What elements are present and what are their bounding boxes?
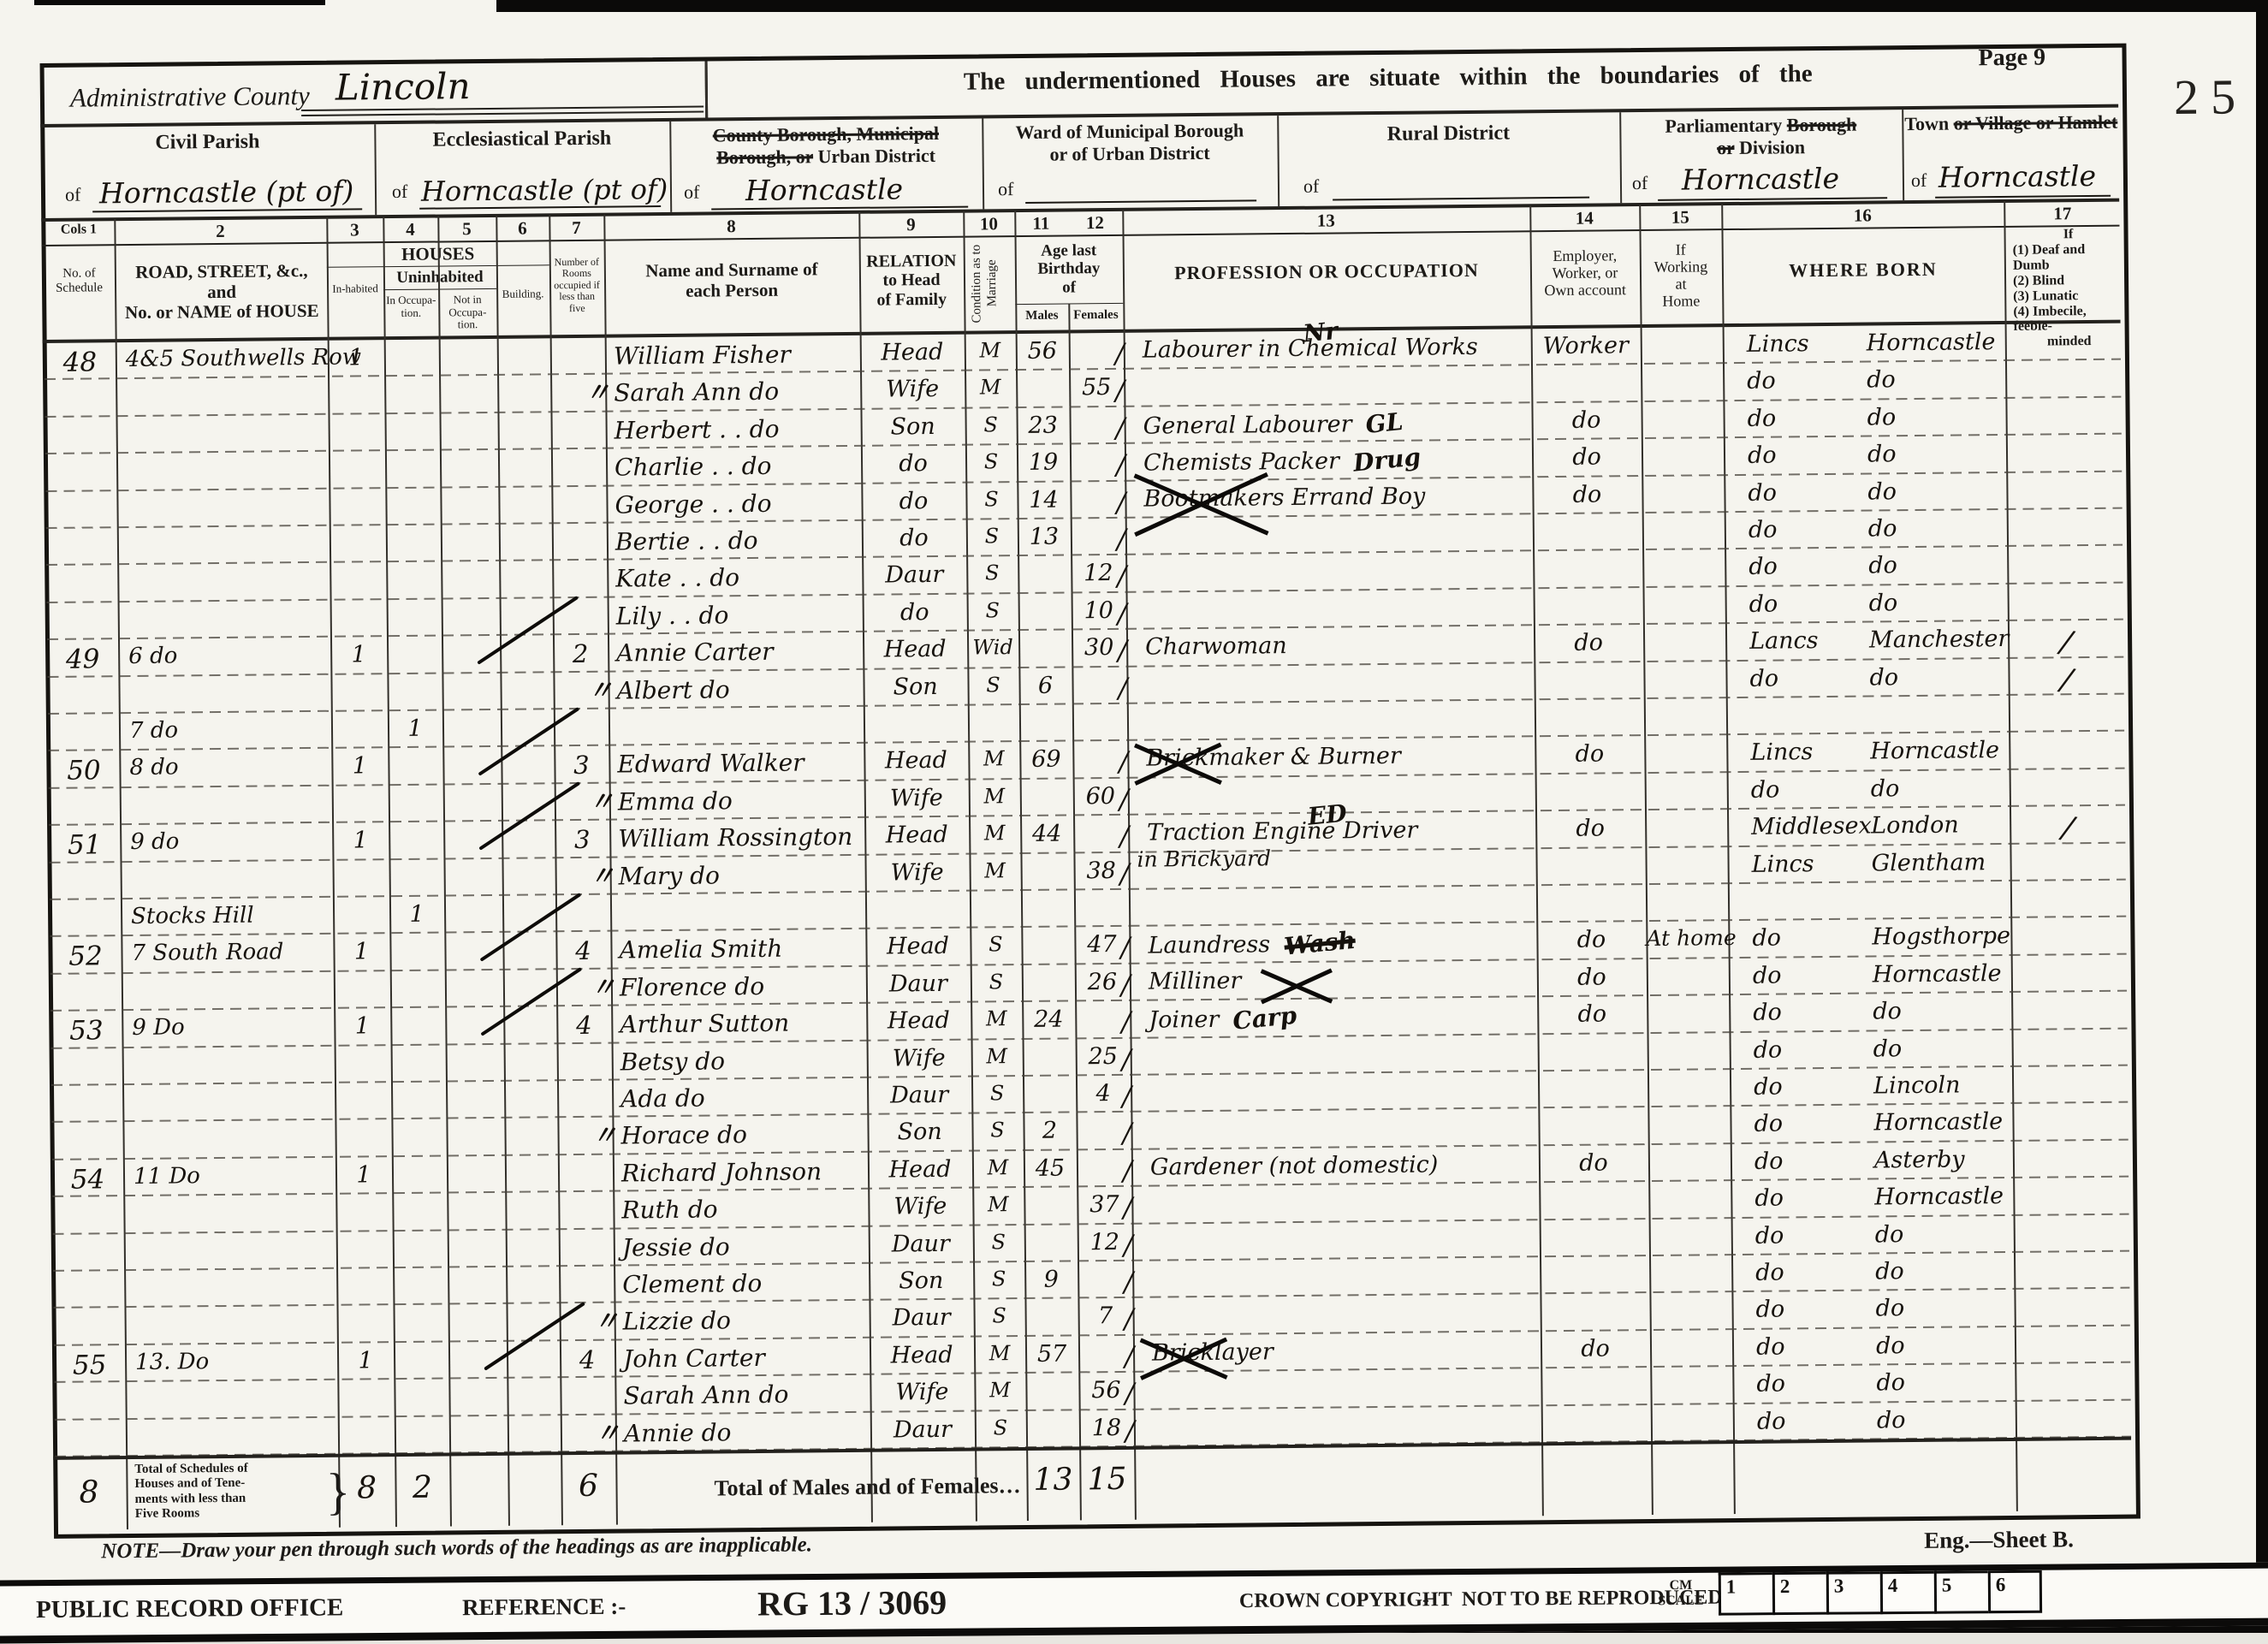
eccl-parish-value-line: Horncastle (pt of) [419,147,662,210]
cell-name: Albert do [608,674,871,704]
check-mark: / [1118,597,1127,630]
cell-road: 11 Do [123,1161,346,1189]
cell-cond: S [965,487,1017,512]
scale-cell-2: 2 [1772,1572,1826,1615]
born-county: do [1754,1036,1783,1063]
rural-district-label: Rural District [1277,121,1619,147]
col16-header: WHERE BORN [1722,258,2004,282]
cell-m: 23 [1017,412,1070,439]
scale-cell-6: 6 [1988,1570,2042,1613]
pencil-annotation: Wash [1283,926,1357,961]
cell-occ: /Chemists PackerDrug [1125,444,1551,477]
check-mark: / [1115,337,1125,370]
born-place: do [1875,1296,1904,1322]
col-number: 6 [496,217,549,240]
age-header: Age lastBirthdayof [1015,241,1124,297]
cell-rel: Daur [869,1230,973,1257]
cell-m: 44 [1020,821,1073,848]
cell-m: 2 [1023,1118,1076,1145]
born-place: Horncastle [1874,1183,2004,1210]
born-county: do [1748,479,1777,506]
town-value-line: Horncastle [1935,142,2111,199]
cross-out-mark [1128,481,1274,524]
born-county: Lancs [1749,627,1819,655]
born-place: do [1868,515,1897,542]
check-mark: / [1119,820,1129,852]
ditto-mark: 〃 [587,668,613,706]
cell-emp: do [1532,443,1642,471]
cell-name: Emma do [609,785,873,816]
born-place: do [1868,553,1897,579]
cross-out-mark [1131,741,1225,783]
sheet-label: Eng.—Sheet B. [1924,1526,2074,1554]
check-mark: / [1121,1006,1131,1038]
district-town: Town or Village or Hamlet of Horncastle [1902,108,2121,200]
cell-rel: Head [868,1155,972,1183]
col-number: 14 [1529,207,1639,229]
born-county: Lincs [1751,851,1814,878]
born-place: do [1871,775,1900,802]
check-mark: / [1115,412,1125,444]
cell-rel: Son [863,673,967,700]
born-place: do [1873,1036,1903,1062]
cell-emp: do [1536,926,1646,953]
col10-header: Condition as to Marriage [969,240,1012,326]
cell-inh: 1 [337,1347,394,1374]
cell-cond: S [965,449,1017,474]
cell-rel: Head [864,822,969,849]
cell-rel: Wife [867,1044,971,1071]
born-county: do [1755,1297,1784,1323]
check-mark: / [1123,1191,1132,1224]
admin-county-value: Lincoln [335,65,471,109]
cell-m: 14 [1017,486,1070,513]
cell-sched: 55 [54,1350,125,1381]
total-rooms: 6 [561,1469,615,1505]
cell-rooms: 4 [560,1344,614,1374]
col-number: 5 [437,218,496,240]
cell-inh: 1 [330,641,387,668]
cell-cond: S [970,932,1021,957]
civil-parish-value: Horncastle (pt of) [99,174,354,210]
town-label: Town or Village or Hamlet [1902,111,2120,135]
cell-inh: 1 [335,1161,392,1189]
cell-rel: do [863,598,967,626]
cell-occ: /Traction Engine DriverEDin Brickyard [1128,816,1554,846]
born-county: do [1747,405,1776,431]
cell-m: 6 [1018,672,1072,699]
footer-scale-label: CMSCALE [1648,1578,1713,1610]
cell-o4: 1 [388,715,442,743]
born-county: do [1749,665,1778,691]
ditto-mark: 〃 [593,1300,619,1338]
scan-edge-right [2256,0,2268,1633]
cell-cond: M [971,1044,1023,1069]
cell-name: George . . do [606,488,870,519]
total-inhabited: 8 [338,1470,395,1506]
cell-road: Stocks Hill [121,902,343,929]
footer-office: PUBLIC RECORD OFFICE [36,1594,344,1624]
born-place: Horncastle [1873,1108,2003,1136]
of-label: of [1632,172,1648,194]
cell-name: Annie Carter [608,637,871,668]
of-label: of [684,181,700,204]
scan-edge-top-left [34,0,325,5]
ward-label-1: Ward of Municipal Borough [982,119,1277,144]
cell-cond: M [965,338,1016,363]
cell-m: 45 [1024,1154,1077,1182]
ditto-mark: 〃 [589,780,614,817]
cell-occ: /General LabourerGL [1124,407,1550,440]
check-mark: / [1125,1414,1135,1446]
born-place: do [1867,441,1897,467]
cell-rel: Son [861,412,965,440]
born-county: Middlesex [1751,813,1872,840]
cell-infirm: / [2010,810,2127,846]
born-place: do [1867,478,1897,505]
col1-header: No. ofSchedule [44,266,115,295]
cell-cond: S [971,1081,1023,1106]
district-parliamentary: Parliamentary Borough or Division of Hor… [1619,110,1903,203]
check-mark: / [1124,1303,1133,1335]
born-place: Hogsthorpe [1872,923,2010,951]
born-county: do [1748,442,1777,469]
cell-sched: 52 [50,941,121,973]
pencil-annotation: ED [1307,799,1349,831]
born-county: do [1756,1333,1785,1360]
cell-rooms: 4 [555,936,610,966]
cell-name: Amelia Smith [610,934,874,964]
check-mark: / [1116,485,1125,518]
born-place: Asterby [1874,1146,1965,1173]
born-place: do [1873,998,1902,1024]
born-place: do [1867,367,1896,394]
cell-road: 9 Do [122,1013,344,1041]
born-place: Glentham [1871,849,1986,876]
admin-county-cell: Administrative County Lincoln [45,62,709,124]
cell-home: At home [1646,925,1728,951]
females-header: Females [1068,308,1123,323]
scan-edge-top [496,0,2268,12]
cell-m: 24 [1022,1006,1075,1034]
cell-cond: M [974,1341,1025,1366]
cell-name: Richard Johnson [613,1156,876,1187]
born-county: do [1754,1185,1784,1212]
eccl-parish-value: Horncastle (pt of) [421,173,668,208]
check-mark: / [1115,374,1125,407]
pencil-annotation: Carp [1232,1001,1298,1036]
col4-header: In Occupa-tion. [385,294,436,320]
cell-rel: Daur [862,561,966,589]
cell-cond: S [973,1230,1024,1255]
born-place: do [1867,404,1896,430]
cell-cond: S [973,1267,1024,1291]
check-mark: / [1118,634,1127,667]
cell-name: Betsy do [612,1045,876,1076]
born-place: do [1876,1332,1905,1359]
cell-cond: S [971,1118,1023,1142]
cell-name: Ada do [612,1083,876,1113]
district-rural: Rural District of [1277,112,1620,206]
cell-occ: /LaundressWash [1129,927,1555,959]
cell-cond: M [974,1378,1025,1403]
cell-rel: Head [865,933,970,960]
infirmity-mark: / [2058,625,2075,661]
cell-occ: /Charwoman [1126,630,1553,661]
col15-header: IfWorkingatHome [1640,240,1723,311]
col-number: 12 [1067,212,1122,234]
cell-rooms: 3 [554,751,609,780]
cell-name: John Carter [614,1342,878,1373]
cell-emp: do [1537,1000,1647,1028]
born-county: do [1755,1222,1784,1249]
of-label: of [1303,175,1320,198]
scanned-page: Administrative County Lincoln The underm… [0,0,2268,1633]
cell-name: Florence do [611,970,875,1001]
check-mark: / [1117,560,1126,592]
total-males: 13 [1026,1462,1079,1498]
col-number: 8 [603,215,858,239]
col-number: 3 [326,219,383,241]
cell-cond: S [966,561,1018,585]
admin-county-label: Administrative County [70,80,310,114]
cell-m: 13 [1018,523,1071,550]
cell-m: 57 [1025,1340,1078,1368]
born-county: do [1749,591,1778,617]
cell-cond: M [969,784,1020,809]
pencil-annotation: GL [1364,407,1404,439]
cell-sched: 48 [45,347,116,378]
check-mark: / [1122,1080,1131,1113]
cell-road: 13. Do [125,1347,347,1374]
cell-emp: do [1541,1335,1650,1362]
cell-sched: 50 [48,756,119,787]
rural-value-line [1333,195,1589,201]
total-schedule: 8 [79,1475,98,1510]
county-borough-value-line: Horncastle [711,153,969,211]
cell-cond: S [971,970,1022,994]
cell-o4: 1 [389,901,444,929]
cell-inh: 1 [331,753,388,780]
born-county: do [1754,1111,1783,1137]
check-mark: / [1125,1377,1134,1410]
cell-sched: 49 [47,644,118,675]
cell-rel: Wife [860,376,965,403]
cell-name: William Fisher [605,340,869,371]
cell-name: Jessie do [614,1231,877,1261]
cell-name: Annie do [615,1416,879,1447]
born-place: London [1871,812,1959,840]
scale-cell-4: 4 [1880,1571,1934,1614]
cell-emp: do [1534,629,1643,656]
town-value: Horncastle [1938,159,2096,194]
col-number: 15 [1639,206,1721,228]
cell-rel: Head [864,747,968,775]
cell-rel: Son [867,1119,971,1146]
col-number: 7 [549,217,603,240]
cell-rel: Head [863,636,967,663]
county-borough-value: Horncastle [745,172,903,207]
check-mark: / [1116,448,1125,481]
col-number: Cols 1 [43,222,114,238]
cell-sched: 54 [52,1164,123,1196]
born-county: do [1753,1000,1782,1026]
cell-cond: M [972,1155,1024,1180]
total-males-females-label: Total of Males and of Females… [618,1473,1020,1503]
check-mark: / [1118,671,1127,703]
cell-m: 56 [1016,337,1069,365]
cell-rel: Wife [868,1193,972,1220]
district-ecclesiastical-parish: Ecclesiastical Parish of Horncastle (pt … [374,122,670,215]
born-county: do [1754,1148,1784,1174]
cell-name: Clement do [614,1268,877,1299]
cell-name: Bertie . . do [607,525,870,556]
cell-rel: Daur [870,1416,975,1443]
cell-occ: /Labourer in Chemical WorksNr [1124,333,1550,364]
cell-cond: M [969,821,1020,846]
of-label: of [65,184,81,206]
cell-name: Charlie . . do [606,451,870,482]
total-females: 15 [1079,1462,1134,1498]
parliamentary-label-1: Parliamentary Borough [1619,113,1902,138]
footer-reference-value: RG 13 / 3069 [757,1582,947,1624]
cell-name: Sarah Ann do [605,377,869,407]
cell-occ: /Gardener (not domestic) [1131,1150,1558,1181]
of-label: of [998,178,1014,200]
born-county: do [1755,1259,1784,1285]
cell-occ: /Bootmakers Errand Boy [1125,482,1551,513]
margin-number: 25 [2174,68,2248,126]
check-mark: / [1125,1340,1134,1373]
cell-name: William Rossington [609,822,873,853]
born-county: do [1754,1074,1783,1101]
col-number: 17 [2004,203,2121,225]
cell-name: Kate . . do [607,562,870,593]
cell-rel: Wife [870,1379,974,1406]
cell-cond: M [971,1006,1022,1031]
born-place: do [1875,1221,1904,1248]
of-label: of [392,181,408,203]
check-mark: / [1117,523,1126,555]
born-county: Lincs [1750,739,1813,767]
page-number: Page 9 [1978,44,2045,72]
cell-inh: 1 [332,827,389,854]
check-mark: / [1123,1154,1132,1187]
cell-name: Sarah Ann do [614,1380,878,1410]
cell-emp: do [1535,815,1645,842]
district-civil-parish: Civil Parish of Horncastle (pt of) [40,124,375,218]
footer-reference-label: REFERENCE :- [462,1594,626,1622]
of-label: of [1911,169,1927,192]
col9-header: RELATIONto Headof Family [859,252,965,310]
check-mark: / [1124,1228,1133,1261]
col13-header: PROFESSION OR OCCUPATION [1123,259,1530,284]
check-mark: / [1120,931,1130,964]
ward-value-line [1025,198,1256,204]
born-county: do [1753,962,1782,988]
cell-occ: /JoinerCarp [1130,1001,1556,1034]
born-place: do [1869,664,1898,691]
cell-road: 9 do [120,828,342,855]
col5-header: Not in Occupa-tion. [440,294,495,331]
col3-header: In-habited [329,282,382,295]
cell-cond: M [968,746,1019,771]
cell-rel: Daur [866,970,971,997]
cell-name: Lizzie do [614,1305,878,1336]
cell-emp: do [1537,964,1647,991]
born-place: Lincoln [1873,1072,1961,1100]
cell-emp: do [1535,740,1644,768]
cell-emp: do [1531,407,1641,434]
ditto-mark: 〃 [591,1114,617,1152]
parliamentary-value-line: Horncastle [1658,145,1888,201]
cell-occ: /Bricklayer [1133,1336,1559,1367]
check-mark: / [1119,857,1129,889]
cell-rel: Head [870,1341,974,1368]
cell-road: 7 do [119,716,341,744]
born-place: do [1869,590,1898,616]
scale-cell-1: 1 [1719,1572,1772,1615]
col-number: 9 [858,214,963,236]
cell-name: Arthur Sutton [611,1008,875,1039]
check-mark: / [1122,1117,1131,1149]
born-place: do [1876,1369,1905,1396]
cell-cond: S [965,412,1017,437]
cell-sched: 51 [49,829,120,861]
census-form: Administrative County Lincoln The underm… [0,0,2268,1633]
total-label: Total of Schedules of Houses and of Tene… [134,1461,332,1522]
scale-cell-3: 3 [1826,1571,1880,1614]
cell-name: Lily . . do [608,599,871,630]
cell-inh: 1 [334,1012,390,1040]
cell-occ: /Brickmaker & Burner [1127,741,1553,772]
admin-vline [705,62,709,118]
footer-dash: - [1422,1588,1429,1611]
col-number: 2 [114,220,326,243]
check-mark: / [1119,745,1128,778]
males-header: Males [1015,308,1068,323]
cell-cond: S [974,1303,1025,1328]
footer-copyright: CROWN COPYRIGHT [1239,1588,1452,1613]
cell-inh: 1 [328,344,384,371]
cell-name: Edward Walker [609,748,872,779]
cell-rel: Daur [870,1304,974,1332]
col6-header: Building. [498,288,548,300]
col-number: 4 [383,219,437,241]
born-county: do [1757,1408,1786,1434]
cell-occ: /Milliner [1130,964,1556,995]
born-place: Manchester [1869,626,2010,654]
district-ward: Ward of Municipal Borough or of Urban Di… [982,116,1278,209]
cell-cond: M [972,1192,1024,1217]
ditto-mark: 〃 [591,965,616,1003]
cell-cond: S [966,524,1018,549]
cell-name: Mary do [610,859,874,890]
cell-cond: S [975,1416,1026,1440]
born-county: do [1748,554,1778,580]
ditto-mark: 〃 [589,854,614,892]
ditto-mark: 〃 [595,1411,620,1449]
civil-parish-value-line: Horncastle (pt of) [92,150,363,212]
check-mark: / [1119,783,1129,816]
cell-rel: Wife [865,858,970,886]
ditto-mark: 〃 [585,371,610,409]
cell-road: 8 do [119,753,341,780]
cell-inh: 1 [333,939,389,966]
ward-label-2: or of Urban District [982,141,1277,166]
born-county: do [1756,1371,1785,1398]
check-mark: / [1121,969,1131,1001]
